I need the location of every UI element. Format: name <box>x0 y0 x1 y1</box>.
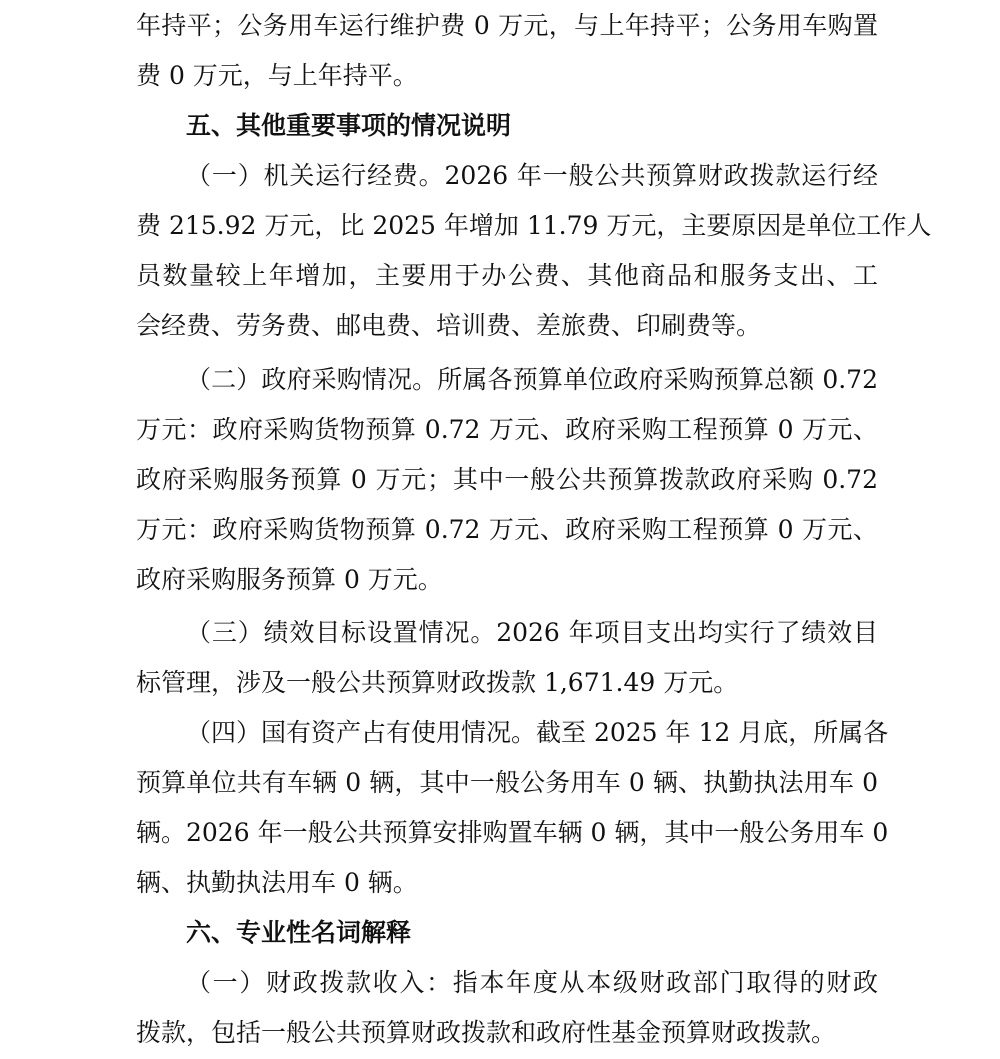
paragraph-line: （一）机关运行经费。2026 年一般公共预算财政拨款运行经 <box>186 151 878 201</box>
paragraph-line: 年持平；公务用车运行维护费 0 万元，与上年持平；公务用车购置 <box>136 1 878 51</box>
paragraph-line: 员数量较上年增加，主要用于办公费、其他商品和服务支出、工 <box>136 251 878 301</box>
paragraph-line: 政府采购服务预算 0 万元。 <box>136 555 878 605</box>
paragraph-line: 万元：政府采购货物预算 0.72 万元、政府采购工程预算 0 万元、 <box>136 405 878 455</box>
paragraph-line: 费 0 万元，与上年持平。 <box>136 51 878 101</box>
section-heading-terminology: 六、专业性名词解释 <box>186 908 411 958</box>
paragraph-line: 拨款，包括一般公共预算财政拨款和政府性基金预算财政拨款。 <box>136 1008 878 1058</box>
paragraph-line: 辆、执勤执法用车 0 辆。 <box>136 858 878 908</box>
paragraph-line: 会经费、劳务费、邮电费、培训费、差旅费、印刷费等。 <box>136 301 878 351</box>
paragraph-line: 万元：政府采购货物预算 0.72 万元、政府采购工程预算 0 万元、 <box>136 505 878 555</box>
paragraph-line: （四）国有资产占有使用情况。截至 2025 年 12 月底，所属各 <box>186 708 878 758</box>
paragraph-line: 政府采购服务预算 0 万元；其中一般公共预算拨款政府采购 0.72 <box>136 455 878 505</box>
paragraph-line: 费 215.92 万元，比 2025 年增加 11.79 万元，主要原因是单位工… <box>136 201 878 251</box>
paragraph-line: 预算单位共有车辆 0 辆，其中一般公务用车 0 辆、执勤执法用车 0 <box>136 758 878 808</box>
paragraph-line: 辆。2026 年一般公共预算安排购置车辆 0 辆，其中一般公务用车 0 <box>136 808 878 858</box>
paragraph-line: （一）财政拨款收入：指本年度从本级财政部门取得的财政 <box>186 958 878 1008</box>
paragraph-line: （二）政府采购情况。所属各预算单位政府采购预算总额 0.72 <box>186 355 878 405</box>
paragraph-line: 标管理，涉及一般公共预算财政拨款 1,671.49 万元。 <box>136 658 878 708</box>
paragraph-line: （三）绩效目标设置情况。2026 年项目支出均实行了绩效目 <box>186 608 878 658</box>
section-heading-other-matters: 五、其他重要事项的情况说明 <box>186 101 511 151</box>
